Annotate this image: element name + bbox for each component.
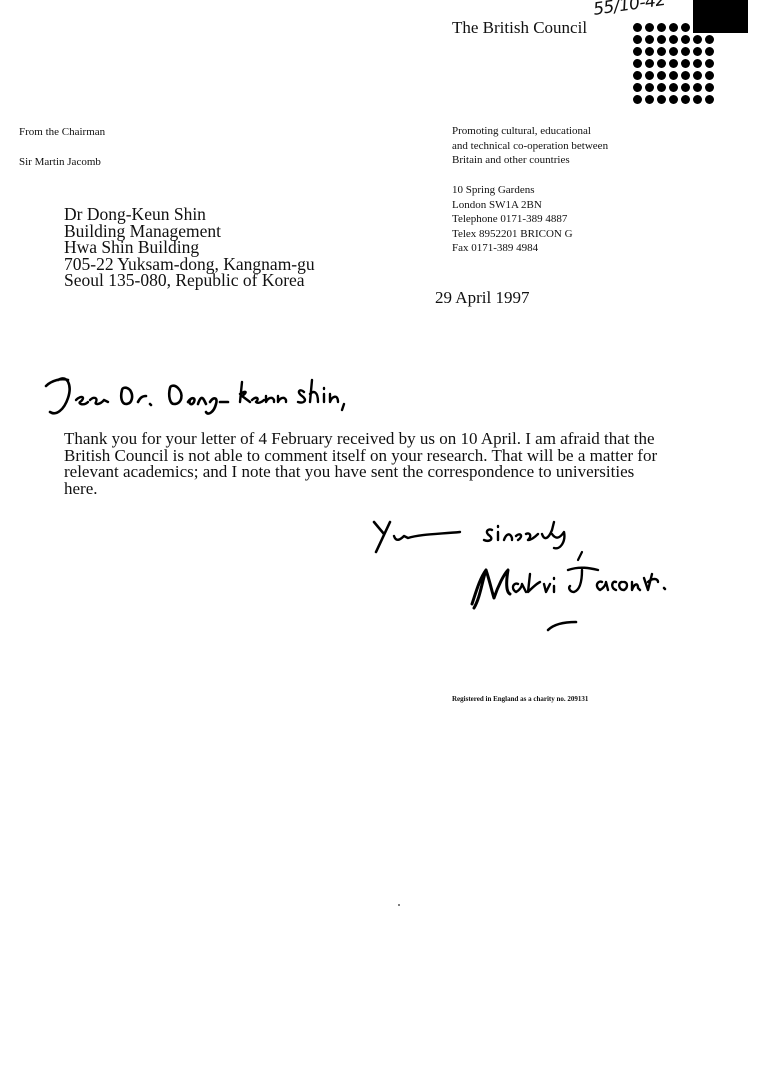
logo-dot [669, 71, 678, 80]
logo-dot [681, 83, 690, 92]
logo-dot [693, 35, 702, 44]
charity-registration-note: Registered in England as a charity no. 2… [452, 695, 588, 703]
logo-dot [645, 59, 654, 68]
contact-city-postcode: London SW1A 2BN [452, 198, 573, 213]
logo-dot [645, 95, 654, 104]
logo-dot [645, 71, 654, 80]
logo-dot [693, 47, 702, 56]
logo-dot [669, 59, 678, 68]
logo-dot [669, 83, 678, 92]
logo-dot [657, 35, 666, 44]
tagline-line: and technical co-operation between [452, 139, 608, 154]
logo-dot [633, 35, 642, 44]
logo-dot [705, 83, 714, 92]
logo-dot [681, 23, 690, 32]
logo-dot [705, 95, 714, 104]
recipient-city-country: Seoul 135-080, Republic of Korea [64, 272, 315, 289]
logo-dot [693, 83, 702, 92]
logo-dot [681, 95, 690, 104]
logo-dot [681, 47, 690, 56]
tagline-line: Promoting cultural, educational [452, 124, 608, 139]
organization-tagline: Promoting cultural, educational and tech… [452, 124, 608, 168]
logo-dot [705, 47, 714, 56]
logo-dot [705, 59, 714, 68]
logo-dot [633, 23, 642, 32]
logo-dot [657, 95, 666, 104]
salutation-handwriting-icon [38, 372, 368, 422]
logo-dot [657, 71, 666, 80]
handwritten-reference-number: 55/10-42 [592, 0, 667, 20]
recipient-address: Dr Dong-Keun Shin Building Management Hw… [64, 206, 315, 289]
contact-street: 10 Spring Gardens [452, 183, 573, 198]
logo-dot [693, 95, 702, 104]
logo-dot [645, 47, 654, 56]
contact-fax: Fax 0171-389 4984 [452, 241, 573, 256]
scan-speck [398, 904, 400, 906]
redaction-box [693, 0, 748, 33]
organization-name: The British Council [452, 18, 587, 38]
logo-dot [669, 47, 678, 56]
logo-dot [705, 35, 714, 44]
logo-dot [657, 47, 666, 56]
sender-name: Sir Martin Jacomb [19, 155, 105, 170]
contact-details: 10 Spring Gardens London SW1A 2BN Teleph… [452, 183, 573, 256]
logo-dot [633, 83, 642, 92]
logo-dot [693, 71, 702, 80]
sender-office: From the Chairman [19, 125, 105, 140]
logo-dot [669, 23, 678, 32]
logo-dot [657, 23, 666, 32]
logo-dot [693, 59, 702, 68]
handwritten-closing: Yours sincerely, Martin Jacomb. [368, 512, 668, 637]
logo-dot [645, 23, 654, 32]
contact-telex: Telex 8952201 BRICON G [452, 227, 573, 242]
logo-dot [645, 35, 654, 44]
handwritten-salutation: Dear Dr. Dong-Keun Shin, [38, 372, 368, 422]
logo-dot [681, 35, 690, 44]
logo-dot [657, 59, 666, 68]
logo-dot [705, 71, 714, 80]
letter-body: Thank you for your letter of 4 February … [64, 431, 664, 497]
dot-grid-logo-icon [632, 22, 716, 106]
logo-dot [681, 71, 690, 80]
letter-date: 29 April 1997 [435, 288, 529, 308]
logo-dot [633, 71, 642, 80]
signature-handwriting-icon [368, 512, 668, 637]
logo-dot [633, 47, 642, 56]
tagline-line: Britain and other countries [452, 153, 608, 168]
logo-dot [645, 83, 654, 92]
sender-block: From the Chairman Sir Martin Jacomb [19, 125, 105, 169]
logo-dot [633, 95, 642, 104]
contact-telephone: Telephone 0171-389 4887 [452, 212, 573, 227]
logo-dot [669, 95, 678, 104]
logo-dot [633, 59, 642, 68]
logo-dot [669, 35, 678, 44]
logo-dot [681, 59, 690, 68]
logo-dot [657, 83, 666, 92]
